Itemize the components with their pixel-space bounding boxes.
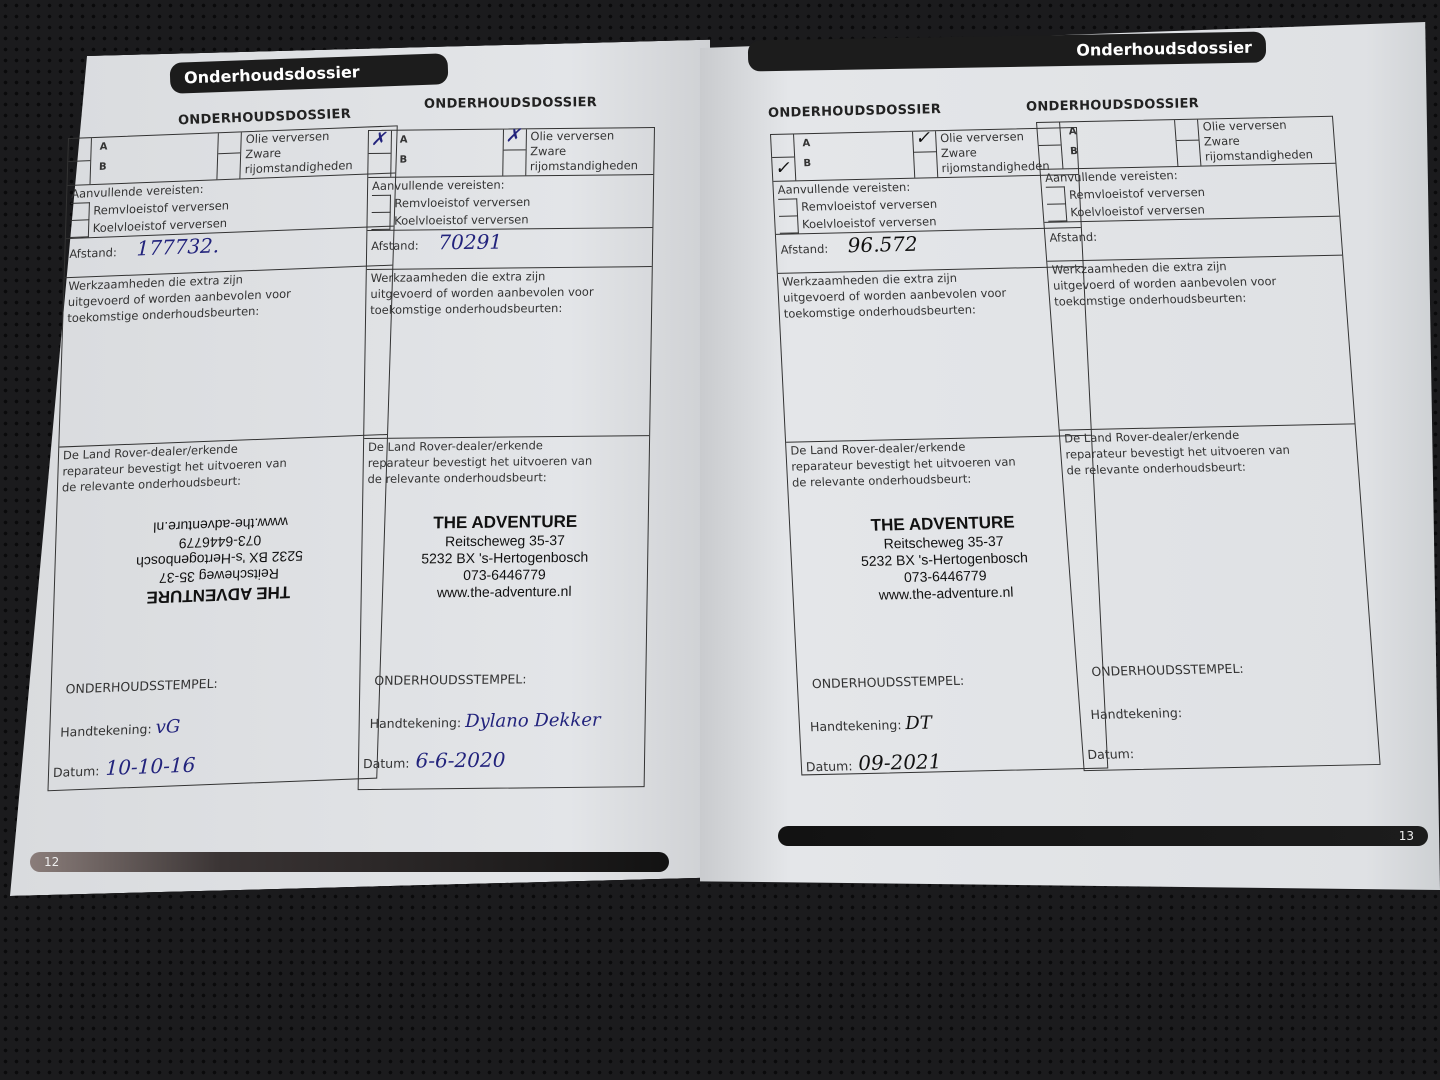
checkbox-coolant[interactable]	[1047, 204, 1067, 221]
service-a-label: A	[802, 132, 913, 154]
maintenance-form: ✗ A B ✗ Olie verversen Zware rijomstandi…	[358, 127, 655, 790]
dealer-stamp: THE ADVENTURE Reitscheweg 35-37 5232 BX …	[790, 511, 1099, 605]
checkbox-oil-change[interactable]: ✓	[913, 131, 936, 152]
date-value	[1139, 739, 1141, 763]
stamp-label: ONDERHOUDSSTEMPEL:	[374, 671, 526, 689]
service-b-label: B	[99, 153, 218, 178]
entry-heading: ONDERHOUDSDOSSIER	[424, 95, 597, 112]
date-label: Datum:	[1087, 746, 1135, 762]
checkbox-service-b[interactable]	[68, 161, 91, 184]
extra-work-label-3: toekomstige onderhoudsbeurten:	[370, 299, 651, 318]
dealer-stamp: THE ADVENTURE Reitscheweg 35-37 5232 BX …	[54, 510, 385, 610]
date-label: Datum:	[363, 756, 410, 771]
distance-label: Afstand:	[69, 245, 117, 261]
page-number: 13	[1399, 829, 1414, 843]
distance-label: Afstand:	[371, 238, 419, 253]
coolant-label: Koelvloeistof verversen	[1070, 202, 1205, 219]
service-a-label: A	[1068, 120, 1176, 142]
checkbox-severe-conditions[interactable]	[914, 152, 937, 176]
checkbox-severe-conditions[interactable]	[503, 150, 525, 174]
checkbox-coolant[interactable]	[779, 216, 799, 233]
service-b-label: B	[803, 152, 914, 174]
distance-label: Afstand:	[780, 242, 828, 257]
severe-conditions-label: Zware	[530, 143, 638, 159]
distance-value: 70291	[438, 230, 502, 255]
checkbox-oil-change[interactable]: ✗	[503, 129, 525, 150]
page-number: 12	[44, 855, 59, 869]
checkbox-service-b[interactable]	[1039, 145, 1063, 167]
footer-bar-right: 13	[778, 826, 1428, 846]
severe-conditions-label-2: rijomstandigheden	[941, 159, 1050, 176]
dealer-stamp: THE ADVENTURE Reitscheweg 35-37 5232 BX …	[362, 511, 648, 602]
checkbox-service-a[interactable]: ✗	[369, 131, 391, 154]
checkbox-service-b[interactable]: ✓	[772, 157, 795, 179]
service-b-label: B	[1070, 140, 1178, 162]
checkbox-severe-conditions[interactable]	[218, 153, 241, 178]
checkbox-brake-fluid[interactable]	[70, 202, 90, 221]
date-value: 6-6-2020	[415, 748, 505, 773]
oil-change-label: Olie verversen	[530, 128, 638, 144]
checkbox-service-a[interactable]	[68, 138, 91, 162]
stamp-label: ONDERHOUDSSTEMPEL:	[812, 673, 965, 692]
distance-value: 96.572	[847, 232, 918, 258]
signature-label: Handtekening:	[1090, 705, 1183, 722]
distance-value	[1112, 221, 1114, 245]
checkbox-brake-fluid[interactable]	[372, 195, 391, 213]
signature-value	[1185, 701, 1187, 722]
checkbox-service-a[interactable]	[771, 134, 794, 157]
service-a-label: A	[400, 130, 503, 151]
date-value: 10-10-16	[105, 753, 196, 780]
brake-fluid-label: Remvloeistof verversen	[394, 195, 530, 210]
checkbox-coolant[interactable]	[371, 213, 390, 230]
checkbox-oil-change[interactable]	[1175, 120, 1199, 141]
signature-label: Handtekening:	[370, 715, 462, 731]
signature-value: Dylano Dekker	[465, 710, 601, 732]
coolant-label: Koelvloeistof verversen	[93, 216, 228, 235]
section-title: Onderhoudsdossier	[184, 62, 360, 87]
brake-fluid-label: Remvloeistof verversen	[801, 197, 938, 214]
dealer-confirm-label-3: de relevante onderhoudsbeurt:	[367, 468, 648, 487]
maintenance-form: A B Olie verversen Zware rijomstandighed…	[47, 125, 397, 791]
distance-value: 177732.	[136, 233, 219, 260]
signature-label: Handtekening:	[60, 721, 152, 740]
date-value: 09-2021	[858, 749, 942, 775]
checkbox-service-a[interactable]	[1037, 123, 1061, 146]
checkbox-oil-change[interactable]	[218, 132, 241, 154]
severe-conditions-label-2: rijomstandigheden	[244, 158, 352, 177]
date-label: Datum:	[806, 758, 853, 774]
coolant-label: Koelvloeistof verversen	[802, 214, 937, 231]
footer-bar-left: 12	[30, 852, 669, 872]
brake-fluid-label: Remvloeistof verversen	[1069, 185, 1206, 202]
checkbox-brake-fluid[interactable]	[1046, 186, 1066, 204]
stamp-label: ONDERHOUDSSTEMPEL:	[65, 676, 218, 698]
signature-value: vG	[155, 716, 180, 738]
maintenance-form: A B Olie verversen Zware rijomstandighed…	[1036, 116, 1381, 771]
section-title: Onderhoudsdossier	[1076, 38, 1252, 60]
date-label: Datum:	[53, 763, 100, 780]
signature-label: Handtekening:	[810, 717, 902, 734]
severe-conditions-label-2: rijomstandigheden	[1204, 147, 1313, 164]
checkbox-service-b[interactable]	[368, 154, 390, 176]
checkbox-coolant[interactable]	[70, 220, 90, 238]
service-b-label: B	[399, 150, 502, 171]
coolant-label: Koelvloeistof verversen	[394, 212, 529, 227]
signature-value: DT	[905, 712, 932, 734]
severe-conditions-label-2: rijomstandigheden	[530, 158, 638, 174]
checkbox-brake-fluid[interactable]	[778, 198, 798, 216]
checkbox-severe-conditions[interactable]	[1177, 141, 1201, 165]
distance-label: Afstand:	[1049, 230, 1098, 245]
stamp-label: ONDERHOUDSSTEMPEL:	[1091, 661, 1244, 680]
